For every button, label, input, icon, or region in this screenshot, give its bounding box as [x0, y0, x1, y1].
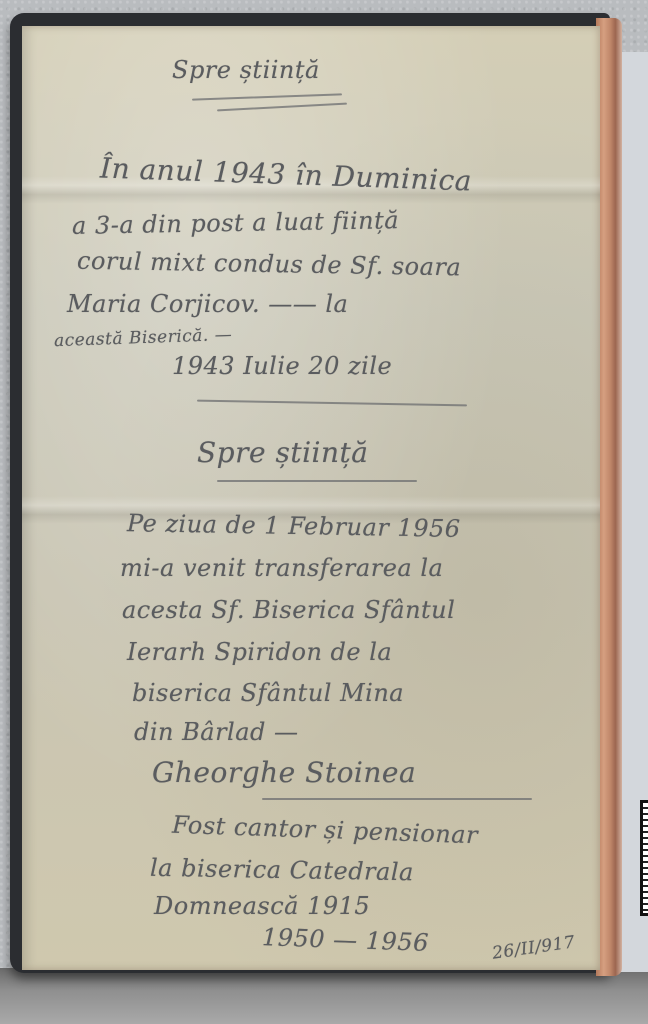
section2-line-2: mi-a venit transferarea la: [120, 554, 443, 582]
section1-line-3: corul mixt condus de Sf. soara: [77, 247, 462, 282]
note-line-2: la biserica Catedrala: [150, 854, 414, 887]
date-annotation: 26/II/917: [491, 932, 576, 963]
note-line-1: Fost cantor și pensionar: [172, 811, 479, 850]
section2-line-4: Ierarh Spiridon de la: [127, 638, 392, 666]
section2-line-3: acesta Sf. Biserica Sfântul: [122, 596, 455, 624]
signature-underline: [262, 798, 532, 800]
section1-line-5: această Biserică. —: [54, 325, 233, 351]
section1-heading: Spre știință: [172, 56, 320, 84]
signature: Gheorghe Stoinea: [152, 756, 416, 789]
table-surface-shadow: [0, 968, 648, 1024]
heading-underline: [192, 93, 342, 100]
section1-line-4: Maria Corjicov. —— la: [67, 290, 348, 318]
section1-line-1: În anul 1943 în Duminica: [100, 152, 473, 198]
note-line-4: 1950 — 1956: [262, 923, 430, 957]
section2-line-6: din Bârlad —: [134, 718, 299, 746]
note-line-3: Domnească 1915: [154, 892, 370, 920]
printed-border-fragment: [640, 800, 648, 916]
section-divider: [197, 400, 467, 407]
section2-heading: Spre știință: [197, 436, 368, 469]
heading-underline: [217, 103, 347, 112]
heading-underline: [217, 480, 417, 482]
section2-line-5: biserica Sfântul Mina: [132, 679, 404, 707]
section1-line-2: a 3-a din post a luat ființă: [72, 206, 400, 240]
handwritten-page: Spre știință În anul 1943 în Duminica a …: [22, 26, 600, 970]
section1-date: 1943 Iulie 20 zile: [172, 352, 392, 380]
section2-line-1: Pe ziua de 1 Februar 1956: [127, 509, 461, 543]
